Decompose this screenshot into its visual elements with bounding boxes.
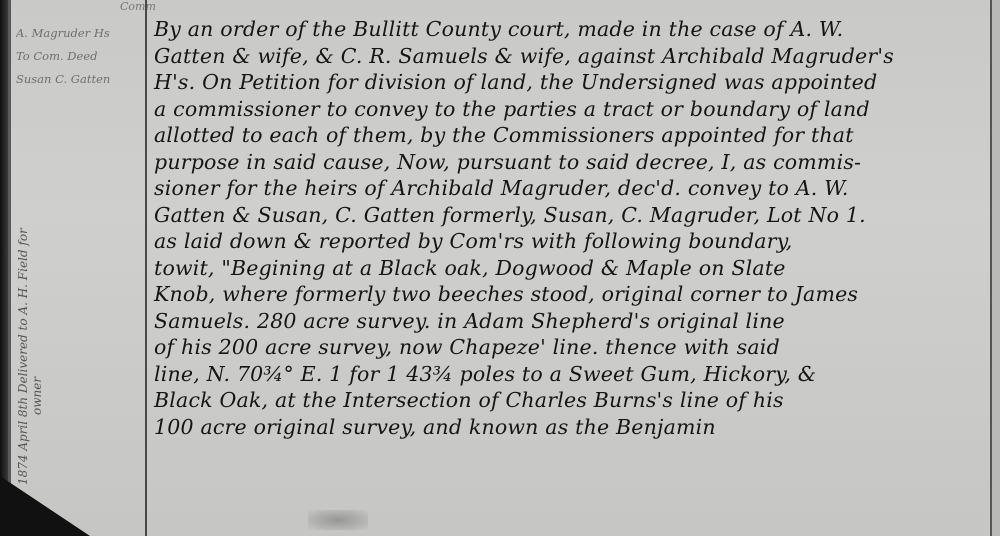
deed-body: By an order of the Bullitt County court,… bbox=[154, 16, 984, 440]
body-line: Gatten & Susan, C. Gatten formerly, Susa… bbox=[154, 202, 984, 229]
margin-top-mark: Comm bbox=[120, 0, 156, 13]
delivery-note-line2: owner bbox=[30, 228, 44, 485]
body-line: line, N. 70¾° E. 1 for 1 43¾ poles to a … bbox=[154, 361, 984, 388]
body-line: By an order of the Bullitt County court,… bbox=[154, 16, 984, 43]
body-line: Black Oak, at the Intersection of Charle… bbox=[154, 387, 984, 414]
ink-smudge bbox=[308, 510, 368, 530]
ledger-page: Comm A. Magruder Hs To Com. Deed Susan C… bbox=[8, 0, 1000, 536]
page-edge bbox=[992, 0, 1000, 536]
body-line: allotted to each of them, by the Commiss… bbox=[154, 122, 984, 149]
margin-index: A. Magruder Hs To Com. Deed Susan C. Gat… bbox=[16, 22, 146, 91]
body-line: Knob, where formerly two beeches stood, … bbox=[154, 281, 984, 308]
binding-edge bbox=[8, 0, 11, 536]
book-binding bbox=[0, 0, 8, 536]
body-line: sioner for the heirs of Archibald Magrud… bbox=[154, 175, 984, 202]
margin-index-line: To Com. Deed bbox=[16, 45, 146, 68]
body-line: towit, "Begining at a Black oak, Dogwood… bbox=[154, 255, 984, 282]
body-line: H's. On Petition for division of land, t… bbox=[154, 69, 984, 96]
body-line: Gatten & wife, & C. R. Samuels & wife, a… bbox=[154, 43, 984, 70]
margin-index-line: A. Magruder Hs bbox=[16, 22, 146, 45]
margin-rule bbox=[145, 0, 147, 536]
body-line: as laid down & reported by Com'rs with f… bbox=[154, 228, 984, 255]
delivery-note-line1: 1874 April 8th Delivered to A. H. Field … bbox=[16, 228, 30, 485]
body-line: Samuels. 280 acre survey. in Adam Shephe… bbox=[154, 308, 984, 335]
body-line: purpose in said cause, Now, pursuant to … bbox=[154, 149, 984, 176]
body-line: a commissioner to convey to the parties … bbox=[154, 96, 984, 123]
margin-index-line: Susan C. Gatten bbox=[16, 68, 146, 91]
margin-delivery-note: 1874 April 8th Delivered to A. H. Field … bbox=[16, 228, 44, 485]
body-line: of his 200 acre survey, now Chapeze' lin… bbox=[154, 334, 984, 361]
body-line: 100 acre original survey, and known as t… bbox=[154, 414, 984, 441]
